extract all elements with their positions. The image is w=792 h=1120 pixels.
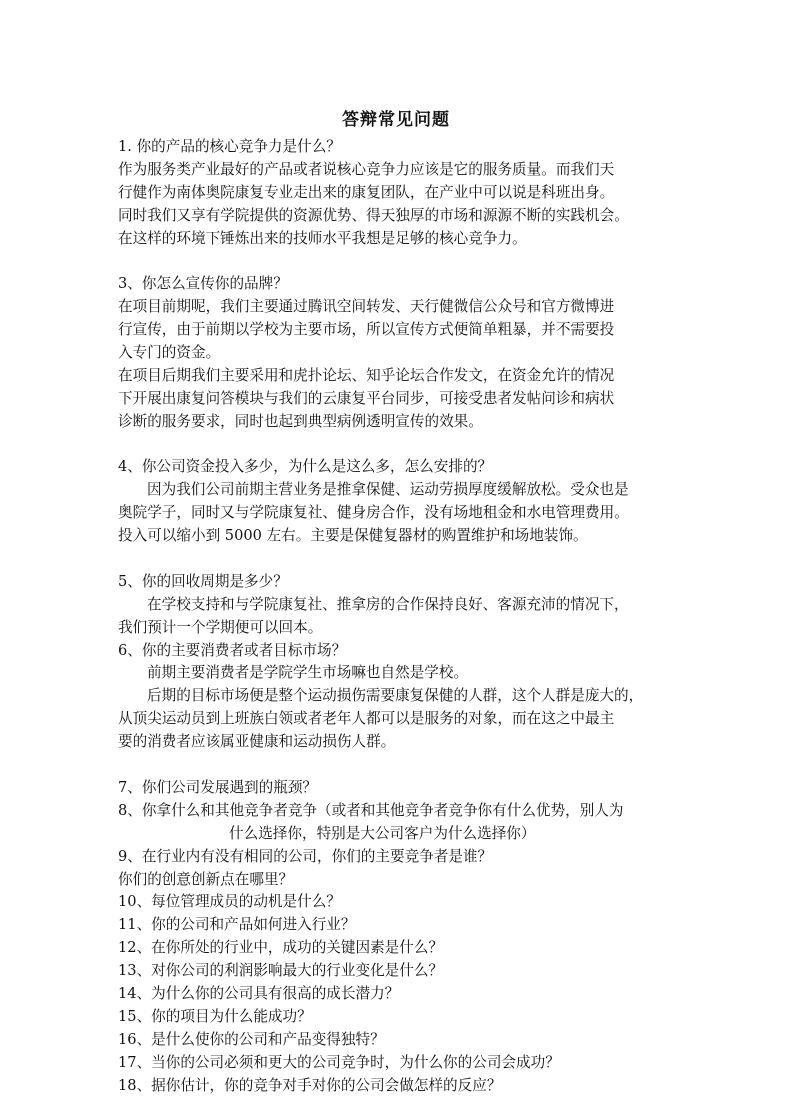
question-14: 14、为什么你的公司具有很高的成长潜力？ [118,983,678,1006]
answer-line: 下开展出康复问答模块与我们的云康复平台同步，可接受患者发帖问诊和病状 [118,388,678,411]
document-body: 1. 你的产品的核心竞争力是什么？ 作为服务类产业最好的产品或者说核心竞争力应该… [118,136,678,1097]
answer-line: 因为我们公司前期主营业务是推拿保健、运动劳损厚度缓解放松。受众也是 [118,479,678,502]
answer-line: 投入可以缩小到 5000 左右。主要是保健复器材的购置维护和场地装饰。 [118,525,678,548]
question-12: 12、在你所处的行业中，成功的关键因素是什么？ [118,937,678,960]
question-4: 4、你公司资金投入多少，为什么是这么多，怎么安排的？ [118,456,678,479]
answer-line: 从顶尖运动员到上班族白领或者老年人都可以是服务的对象，而在这之中最主 [118,708,678,731]
spacer [118,548,678,571]
question-7: 7、你们公司发展遇到的瓶颈？ [118,777,678,800]
spacer [118,250,678,273]
document-title: 答辩常见问题 [0,105,792,130]
question-8: 8、你拿什么和其他竞争者竞争（或者和其他竞争者竞争你有什么优势，别人为 [118,800,678,823]
answer-line: 同时我们又享有学院提供的资源优势、得天独厚的市场和源源不断的实践机会。 [118,205,678,228]
question-5: 5、你的回收周期是多少？ [118,571,678,594]
answer-line: 要的消费者应该属亚健康和运动损伤人群。 [118,731,678,754]
answer-line: 行宣传，由于前期以学校为主要市场，所以宣传方式便简单粗暴，并不需要投 [118,319,678,342]
answer-line: 在项目后期我们主要采用和虎扑论坛、知乎论坛合作发文，在资金允许的情况 [118,365,678,388]
answer-line: 在学校支持和与学院康复社、推拿房的合作保持良好、客源充沛的情况下， [118,594,678,617]
answer-line: 在这样的环境下锤炼出来的技师水平我想是足够的核心竞争力。 [118,228,678,251]
answer-line: 诊断的服务要求，同时也起到典型病例透明宣传的效果。 [118,411,678,434]
answer-line: 在项目前期呢，我们主要通过腾讯空间转发、天行健微信公众号和官方微博进 [118,296,678,319]
question-1: 1. 你的产品的核心竞争力是什么？ [118,136,678,159]
answer-line: 后期的目标市场便是整个运动损伤需要康复保健的人群，这个人群是庞大的， [118,685,678,708]
answer-line: 行健作为南体奥院康复专业走出来的康复团队，在产业中可以说是科班出身。 [118,182,678,205]
question-6: 6、你的主要消费者或者目标市场？ [118,640,678,663]
question-10: 10、每位管理成员的动机是什么？ [118,891,678,914]
question-17: 17、当你的公司必须和更大的公司竞争时，为什么你的公司会成功？ [118,1052,678,1075]
question-8-continued: 什么选择你，特别是大公司客户为什么选择你） [118,823,678,846]
question-11: 11、你的公司和产品如何进入行业？ [118,914,678,937]
question-9: 9、在行业内有没有相同的公司，你们的主要竞争者是谁？ [118,846,678,869]
answer-line: 奥院学子，同时又与学院康复社、健身房合作，没有场地租金和水电管理费用。 [118,502,678,525]
spacer [118,754,678,777]
question-15: 15、你的项目为什么能成功？ [118,1006,678,1029]
question-13: 13、对你公司的利润影响最大的行业变化是什么？ [118,960,678,983]
answer-line: 作为服务类产业最好的产品或者说核心竞争力应该是它的服务质量。而我们天 [118,159,678,182]
answer-line: 我们预计一个学期便可以回本。 [118,617,678,640]
answer-line: 入专门的资金。 [118,342,678,365]
spacer [118,434,678,457]
question-9-continued: 你们的创意创新点在哪里？ [118,869,678,892]
question-16: 16、是什么使你的公司和产品变得独特？ [118,1029,678,1052]
document-page: 答辩常见问题 1. 你的产品的核心竞争力是什么？ 作为服务类产业最好的产品或者说… [0,0,792,1120]
question-3: 3、你怎么宣传你的品牌？ [118,273,678,296]
question-18: 18、据你估计，你的竞争对手对你的公司会做怎样的反应？ [118,1075,678,1098]
answer-line: 前期主要消费者是学院学生市场嘛也自然是学校。 [118,662,678,685]
